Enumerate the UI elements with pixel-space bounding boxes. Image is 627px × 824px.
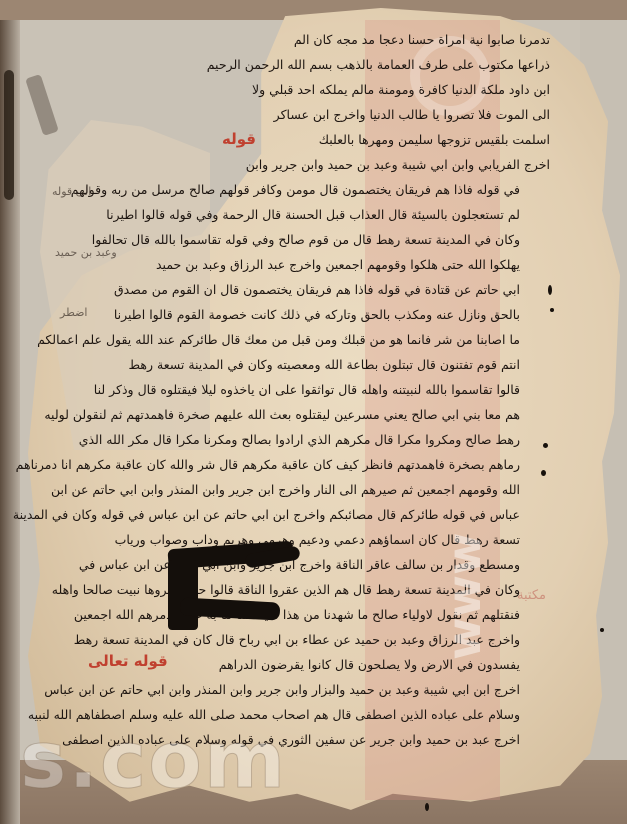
text-line: قالوا تقاسموا بالله لنبيتنه واهله قال تو… bbox=[94, 382, 520, 397]
text-line: بالحق ونازل عنه ومكذب بالحق وتاركه في ذل… bbox=[114, 307, 520, 322]
text-line: وكان في المدينة تسعة رهط قال من قوم صالح… bbox=[92, 232, 520, 247]
text-line: اسلمت بلقيس تزوجها سليمن ومهرها بالعلبك bbox=[319, 132, 550, 147]
watermark-logo-icon bbox=[410, 36, 490, 116]
margin-note: اضطر bbox=[60, 306, 88, 319]
margin-note: وعبد بن حميد bbox=[55, 246, 117, 259]
text-line: ما اصابنا من شر فانما هو من قبلك ومن قبل… bbox=[37, 332, 520, 347]
ink-speck bbox=[425, 803, 429, 811]
text-line: اخرج ابن ابي شيبة وعبد بن حميد والبزار و… bbox=[44, 682, 520, 697]
ink-speck bbox=[543, 443, 548, 448]
text-line: في قوله فاذا هم فريقان يختصمون قال مومن … bbox=[71, 182, 520, 197]
text-line: تدمرنا صابوا نية امراة حسنا دعجا مد مجه … bbox=[294, 32, 550, 47]
text-line: الى الموت فلا تصروا يا طالب الدنيا واخرج… bbox=[274, 107, 550, 122]
text-line: لم تستعجلون بالسيئة قال العذاب قبل الحسن… bbox=[106, 207, 520, 222]
text-line: انتم قوم تفتنون قال تبتلون بطاعة الله وم… bbox=[129, 357, 520, 372]
faded-red-stamp: مكتبة bbox=[517, 588, 546, 603]
text-line: رهط صالح ومكروا مكرا قال مكرهم الذي اراد… bbox=[79, 432, 520, 447]
text-line: عباس في قوله طائركم قال مصائبكم واخرج اب… bbox=[13, 507, 520, 522]
text-line: ابي حاتم عن قتادة في قوله فاذا هم فريقان… bbox=[114, 282, 520, 297]
text-line: ذراعها مكتوب على طرف العمامة بالذهب بسم … bbox=[207, 57, 550, 72]
ink-speck bbox=[600, 628, 604, 632]
text-line: ابن داود ملكة الدنيا كافرة ومومنة مالم ي… bbox=[252, 82, 550, 97]
text-line: الله وقومهم اجمعين ثم صيرهم الى النار وا… bbox=[51, 482, 520, 497]
margin-note: الى قوله bbox=[52, 185, 91, 198]
text-line: رماهم بصخرة فاهمدتهم فانظر كيف كان عاقبة… bbox=[16, 457, 520, 472]
ink-blot bbox=[168, 560, 198, 630]
text-line: اخرج الفريابي وابن ابي شيبة وعبد بن حميد… bbox=[246, 157, 550, 172]
red-rubric: قوله تعالى bbox=[88, 652, 168, 670]
ink-speck bbox=[541, 470, 546, 476]
red-rubric: قوله bbox=[222, 130, 256, 148]
watermark-text: s.com bbox=[20, 722, 287, 800]
text-line: يهلكوا الله حتى هلكوا وقومهم اجمعين واخر… bbox=[156, 257, 520, 272]
text-line: هم معا بني ابي صالح يعني مسرعين ليقتلوه … bbox=[44, 407, 520, 422]
ink-speck bbox=[548, 285, 552, 295]
ink-stain bbox=[4, 70, 14, 200]
ink-speck bbox=[550, 308, 554, 312]
watermark-vertical-text: www bbox=[437, 533, 491, 661]
